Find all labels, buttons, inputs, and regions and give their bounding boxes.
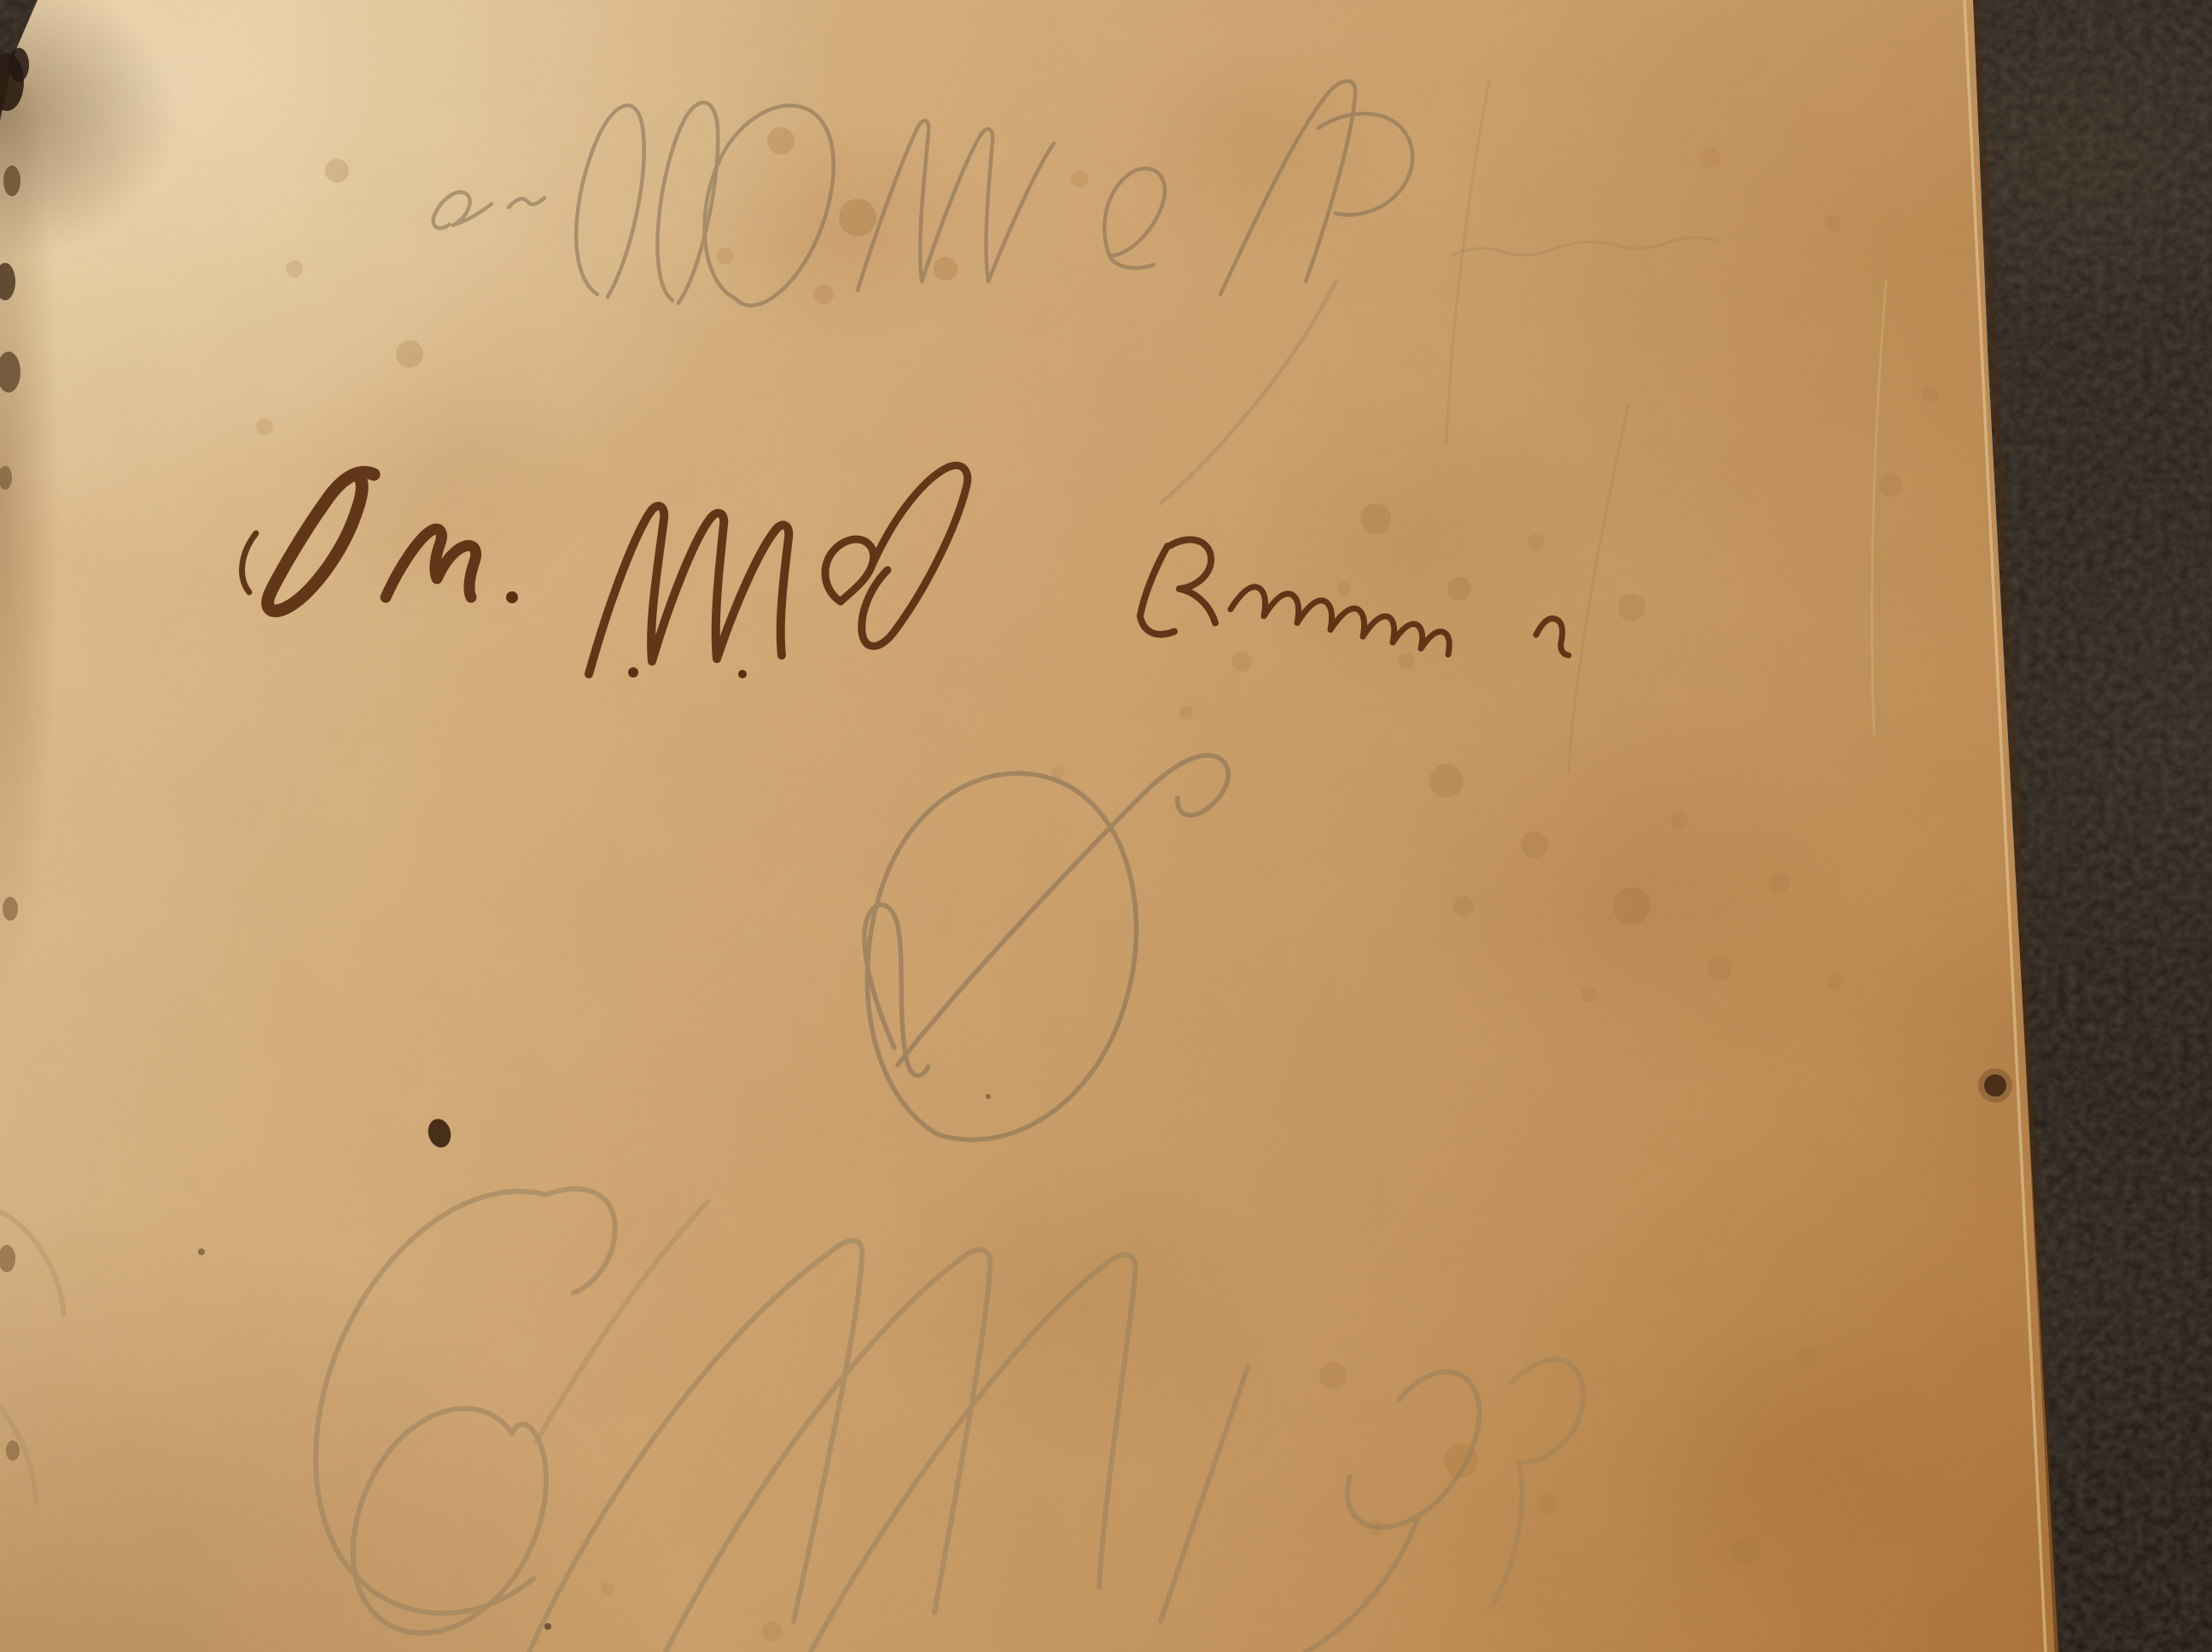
book-page <box>0 0 2212 1652</box>
photo-of-book-endpaper <box>0 0 2212 1652</box>
